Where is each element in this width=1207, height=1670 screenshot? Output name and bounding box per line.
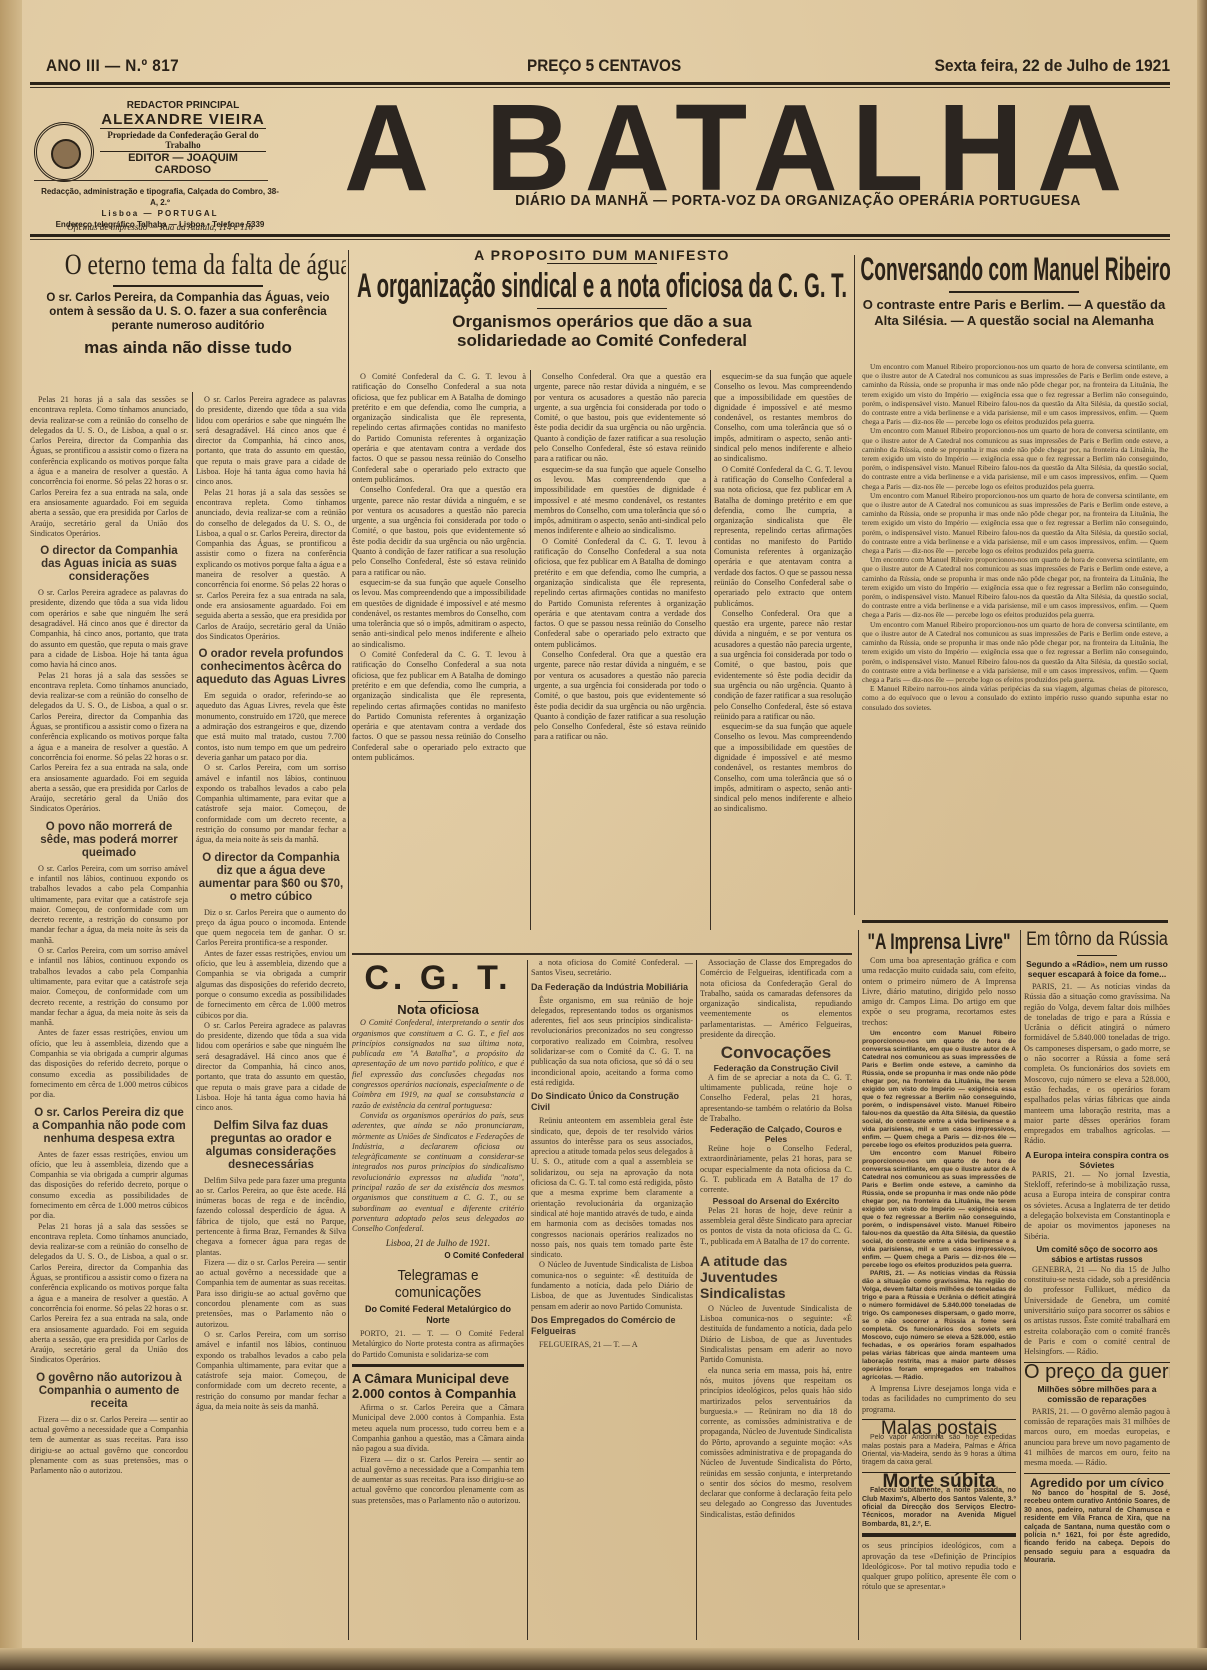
- article-manifesto-header: A PROPÓSITO DUM MANIFESTO A organização …: [352, 250, 852, 370]
- section-text: O sr. Carlos Pereira, com um sorriso amá…: [30, 946, 188, 1028]
- ribeiro-text: Um encontro com Manuel Ribeiro proporcio…: [862, 491, 1168, 555]
- article-text: esquecim-se da sua função que aquele Con…: [714, 722, 852, 815]
- issue-number: ANO III — N.º 817: [46, 56, 179, 76]
- article-imprensa-livre: "A Imprensa Livre" Com uma boa apresenta…: [862, 928, 1016, 1638]
- cgt-text: Convida os organismos operários do país,…: [352, 1111, 524, 1235]
- imprensa-text: Com uma boa apresentação gráfica e com u…: [862, 956, 1016, 1028]
- price: PREÇO 5 CENTAVOS: [527, 56, 681, 76]
- section-head: O orador revela profundos conhecimentos …: [196, 648, 346, 687]
- section-head: O director da Companhia das Aguas inicia…: [30, 545, 188, 584]
- juventudes-text: ela nunca seria em massa, pois há, entre…: [700, 1366, 852, 1520]
- newspaper-page: ANO III — N.º 817 PREÇO 5 CENTAVOS Sexta…: [0, 0, 1207, 1670]
- agredido-text: No banco do hospital de S. José, recebeu…: [1024, 1490, 1170, 1566]
- deck-agua: O sr. Carlos Pereira, da Companhia das Á…: [30, 291, 346, 333]
- article-ribeiro-body: Um encontro com Manuel Ribeiro proporcio…: [862, 362, 1168, 897]
- deck-preco-guerra: Milhões sôbre milhões para a comissão de…: [1024, 1384, 1170, 1404]
- subhead-cgt: Nota oficiosa: [352, 1005, 524, 1015]
- editor-line: EDITOR — JOAQUIM CARDOSO: [100, 152, 266, 176]
- cgt-text: O Comité Confederal, interpretando o sen…: [352, 1018, 524, 1111]
- subhead-telegramas: Do Comité Federal Metalúrgico do Norte: [352, 1304, 524, 1326]
- section-text: Fizera — diz o sr. Carlos Pereira — sent…: [30, 1415, 188, 1477]
- convocacao-text: Reüne hoje o Conselho Federal, extraordi…: [700, 1144, 852, 1195]
- headline-rule: [1077, 955, 1117, 956]
- deck-ribeiro: O contraste entre Paris e Berlim. — A qu…: [858, 297, 1170, 329]
- cgt-dateline: Lisboa, 21 de Julho de 1921.: [352, 1238, 524, 1248]
- federacao-lead: a nota oficiosa do Comité Confederal. — …: [531, 958, 693, 979]
- section-text: Pelas 21 horas já a sala das sessões se …: [30, 671, 188, 815]
- article-text: Conselho Confederal. Ora que a questão e…: [534, 650, 706, 743]
- juventudes-text: O Núcleo de Juventude Sindicalista de Li…: [700, 1304, 852, 1366]
- section-text: O sr. Carlos Pereira agradece as palavra…: [196, 1021, 346, 1114]
- top-info-line: ANO III — N.º 817 PREÇO 5 CENTAVOS Sexta…: [30, 54, 1170, 80]
- column-divider: [530, 370, 531, 930]
- section-head: O povo não morrerá de sêde, mas poderá m…: [30, 821, 188, 860]
- ribeiro-text: Um encontro com Manuel Ribeiro proporcio…: [862, 362, 1168, 426]
- genebra-text: GENEBRA, 21 — No dia 15 de Julho constit…: [1024, 1265, 1170, 1358]
- article-agua-header: O eterno tema da falta de água O sr. Car…: [30, 248, 346, 393]
- article-text: O Comité Confederal da C. G. T. levou à …: [352, 372, 526, 485]
- lead-paragraph: Pelas 21 horas já a sala das sessões se …: [30, 395, 188, 539]
- column-divider: [348, 250, 349, 1640]
- convocacao-text: Pelas 21 horas de hoje, deve reünir a as…: [700, 1206, 852, 1247]
- section-head: O sr. Carlos Pereira diz que a Companhia…: [30, 1107, 188, 1146]
- headline-telegramas: Telegramas e comunicações: [361, 1267, 516, 1301]
- ribeiro-text: Um encontro com Manuel Ribeiro proporcio…: [862, 555, 1168, 619]
- article-text: O Comité Confederal da C. G. T. levou à …: [534, 537, 706, 650]
- column-divider: [696, 960, 697, 1640]
- malas-text: Pelo vapor Andorinha são hoje expedidas …: [862, 1434, 1016, 1468]
- deck-russia: Segundo a «Rádio», nem um russo sequer e…: [1024, 959, 1170, 979]
- headline-rule: [949, 291, 1079, 293]
- section-rule: [352, 953, 852, 955]
- masthead-rule-bottom: [30, 234, 1170, 237]
- headline-rule: [113, 285, 263, 287]
- section-head: Delfim Silva faz duas preguntas ao orado…: [196, 1120, 346, 1172]
- section-text: O sr. Carlos Pereira, com um sorriso amá…: [30, 864, 188, 946]
- article-text: esquecim-se da sua função que aquele Con…: [714, 372, 852, 465]
- column-divider: [527, 960, 528, 1640]
- address-line-1: Redacção, administração e tipografia, Ca…: [40, 186, 280, 208]
- subdeck-agua: mas ainda não disse tudo: [30, 337, 346, 359]
- column-divider: [1020, 930, 1021, 1640]
- preco-guerra-text: PARIS, 21. — O govêrno alemão pagou à co…: [1024, 1407, 1170, 1469]
- section-rule: [862, 1533, 1016, 1537]
- headline-cgt: C. G. T.: [352, 958, 524, 998]
- column-divider: [858, 930, 859, 1640]
- article-ribeiro-header: Conversando com Manuel Ribeiro O contras…: [858, 250, 1170, 360]
- section-text: Antes de fazer essas restrições, enviou …: [30, 1028, 188, 1100]
- article-agua-column-2: O sr. Carlos Pereira agradece as palavra…: [196, 395, 346, 1640]
- imprensa-excerpt: Um encontro com Manuel Ribeiro proporcio…: [862, 1150, 1016, 1270]
- section-text: Pelas 21 horas já a sala das sessões se …: [30, 1222, 188, 1366]
- article-manifesto-column-1: O Comité Confederal da C. G. T. levou à …: [352, 372, 526, 927]
- redactor-label: REDACTOR PRINCIPAL: [100, 100, 266, 111]
- section-text: Antes de fazer essas restrições, enviou …: [30, 1150, 188, 1222]
- continuation-text: os seus princípios ideológicos, com a ap…: [862, 1541, 1016, 1592]
- felgueiras-text: Associação de Classe dos Empregados do C…: [700, 958, 852, 1040]
- camara-text: Fizera — diz o sr. Carlos Pereira — sent…: [352, 1455, 524, 1506]
- article-text: O Comité Confederal da C. G. T. levou à …: [352, 650, 526, 763]
- page-edge-right: [1197, 0, 1207, 1670]
- headline-preco-guerra: O preço da guerra: [1024, 1367, 1170, 1377]
- section-head: O director da Companhia diz que a água d…: [196, 852, 346, 904]
- subhead-europa: A Europa inteira conspira contra os Sóvi…: [1024, 1150, 1170, 1170]
- headline-imprensa-livre: "A Imprensa Livre": [862, 928, 1016, 956]
- column-divider: [192, 392, 193, 1642]
- subhead-construcao: Do Sindicato Único da Construção Civil: [531, 1091, 693, 1113]
- property-line: Propriedade da Confederação Geral do Tra…: [100, 129, 266, 152]
- headline-agua: O eterno tema da falta de água: [65, 248, 311, 282]
- credits-rule: [34, 180, 268, 181]
- article-text: Conselho Confederal. Ora que a questão e…: [352, 485, 526, 578]
- article-text: O Comité Confederal da C. G. T. levou à …: [714, 465, 852, 609]
- ribeiro-text: Um encontro com Manuel Ribeiro proporcio…: [862, 620, 1168, 684]
- cgt-seal-icon: [34, 122, 94, 182]
- section-rule: [862, 920, 1168, 923]
- subhead-mobiliaria: Da Federação da Indústria Mobiliária: [531, 982, 693, 993]
- newspaper-subtitle: DIÁRIO DA MANHÃ — PORTA-VOZ DA ORGANIZAÇ…: [430, 192, 1166, 209]
- article-manifesto-column-2: Conselho Confederal. Ora que a questão e…: [534, 372, 706, 927]
- section-text: O sr. Carlos Pereira agradece as palavra…: [196, 395, 346, 488]
- article-text: esquecim-se da sua função que aquele Con…: [534, 465, 706, 537]
- headline-morte-subita: Morte súbita: [862, 1477, 1016, 1487]
- convocacao-text: A fim de se apreciar a nota da C. G. T. …: [700, 1073, 852, 1124]
- section-text: O sr. Carlos Pereira agradece as palavra…: [30, 588, 188, 670]
- section-text: Em seguida o orador, referindo-se ao aqu…: [196, 691, 346, 763]
- convocacao-title: Pessoal do Arsenal do Exército: [700, 1196, 852, 1206]
- camara-text: Afirma o sr. Carlos Pereira que a Câmara…: [352, 1403, 524, 1454]
- section-text: O sr. Carlos Pereira, com um sorriso amá…: [196, 763, 346, 845]
- felgueiras-dateline: FELGUEIRAS, 21 — T. — A: [531, 1340, 693, 1350]
- headline-rule: [537, 308, 667, 309]
- section-rule: [352, 1364, 524, 1367]
- section-rule: [1024, 1473, 1170, 1474]
- headline-malas-postais: Malas postais: [862, 1424, 1016, 1434]
- masthead-credits: REDACTOR PRINCIPAL ALEXANDRE VIEIRA Prop…: [100, 100, 266, 176]
- masthead-rule-bottom-thin: [30, 239, 1170, 240]
- telegramas-text: PORTO, 21. — T. — O Comité Federal Metal…: [352, 1329, 524, 1360]
- kicker-manifesto: A PROPÓSITO DUM MANIFESTO: [352, 250, 852, 260]
- article-russia: Em tôrno da Rússia Segundo a «Rádio», ne…: [1024, 928, 1170, 1638]
- page-edge-left: [0, 0, 22, 1670]
- headline-juventudes: A atitude das Juventudes Sindicalistas: [700, 1253, 852, 1301]
- article-agua-column-1: Pelas 21 horas já a sala das sessões se …: [30, 395, 188, 1640]
- section-text: Pelas 21 horas já a sala das sessões se …: [196, 488, 346, 642]
- article-cgt: C. G. T. Nota oficiosa O Comité Confeder…: [352, 958, 524, 1638]
- section-text: Delfim Silva pede para fazer uma pregunt…: [196, 1176, 346, 1258]
- subhead-felgueiras: Dos Empregados do Comércio de Felgueiras: [531, 1315, 693, 1337]
- redactor-name: ALEXANDRE VIEIRA: [100, 111, 266, 129]
- headline-ribeiro: Conversando com Manuel Ribeiro: [860, 250, 1167, 288]
- print-shop: Oficinas de impressão — Rua da Atalaia, …: [40, 222, 280, 232]
- ribeiro-text: Um encontro com Manuel Ribeiro proporcio…: [862, 426, 1168, 490]
- headline-convocacoes: Convocações: [700, 1048, 852, 1058]
- headline-manifesto: A organização sindical e a nota oficiosa…: [356, 267, 848, 305]
- imprensa-excerpt: PARIS, 21. — As notícias vindas da Rússi…: [862, 1270, 1016, 1382]
- morte-text: Faleceu subitamente, a noite passada, no…: [862, 1487, 1016, 1529]
- page-edge-bottom: [0, 1648, 1207, 1670]
- construcao-text: Reüniu anteontem em assembleia geral êst…: [531, 1116, 693, 1260]
- convocacao-title: Federação da Construção Civil: [700, 1063, 852, 1073]
- imprensa-excerpt: Um encontro com Manuel Ribeiro proporcio…: [862, 1030, 1016, 1150]
- headline-russia: Em tôrno da Rússia: [1024, 928, 1170, 952]
- section-text: Diz o sr. Carlos Pereira que o aumento d…: [196, 908, 346, 949]
- deck-manifesto: Organismos operários que dão a sua solid…: [437, 312, 767, 350]
- europa-text: PARIS, 21. — No jornal Izvestia, Steklof…: [1024, 1170, 1170, 1242]
- column-divider: [710, 370, 711, 930]
- article-manifesto-column-3: esquecim-se da sua função que aquele Con…: [714, 372, 852, 927]
- section-text: O sr. Carlos Pereira, com um sorriso amá…: [196, 1330, 346, 1412]
- article-text: esquecim-se da sua função que aquele Con…: [352, 578, 526, 650]
- headline-agredido: Agredido por um cívico: [1024, 1478, 1170, 1488]
- column-divider: [854, 255, 855, 915]
- article-organismos-column: a nota oficiosa do Comité Confederal. — …: [531, 958, 693, 1638]
- section-text: Fizera — diz o sr. Carlos Pereira — sent…: [196, 1258, 346, 1330]
- address-line-2: Lisboa — PORTUGAL: [40, 208, 280, 219]
- kicker-rule: [547, 263, 657, 264]
- article-text: Conselho Confederal. Ora que a questão e…: [714, 609, 852, 722]
- article-text: Conselho Confederal. Ora que a questão e…: [534, 372, 706, 465]
- mobiliaria-text: Êste organismo, em sua reünião de hoje d…: [531, 996, 693, 1089]
- ribeiro-closing: E Manuel Ribeiro narrou-nos ainda várias…: [862, 684, 1168, 712]
- article-convocacoes-column: Associação de Classe dos Empregados do C…: [700, 958, 852, 1638]
- convocacao-title: Federação de Calçado, Couros e Peles: [700, 1124, 852, 1144]
- section-text: Antes de fazer essas restrições, enviou …: [196, 949, 346, 1021]
- section-head: O govêrno não autorizou à Companhia o au…: [30, 1372, 188, 1411]
- imprensa-closing: A Imprensa Livre desejamos longa vida e …: [862, 1384, 1016, 1415]
- headline-camara: A Câmara Municipal deve 2.000 contos à C…: [352, 1371, 524, 1401]
- russia-text: PARIS, 21. — As notícias vindas da Rússi…: [1024, 982, 1170, 1147]
- cgt-signature: O Comité Confederal: [352, 1251, 524, 1261]
- publication-date: Sexta feira, 22 de Julho de 1921: [934, 56, 1170, 76]
- construcao-text: O Núcleo de Juventude Sindicalista de Li…: [531, 1260, 693, 1311]
- subhead-comite-suico: Um comité sôço de socorro aos sábios e a…: [1024, 1245, 1170, 1265]
